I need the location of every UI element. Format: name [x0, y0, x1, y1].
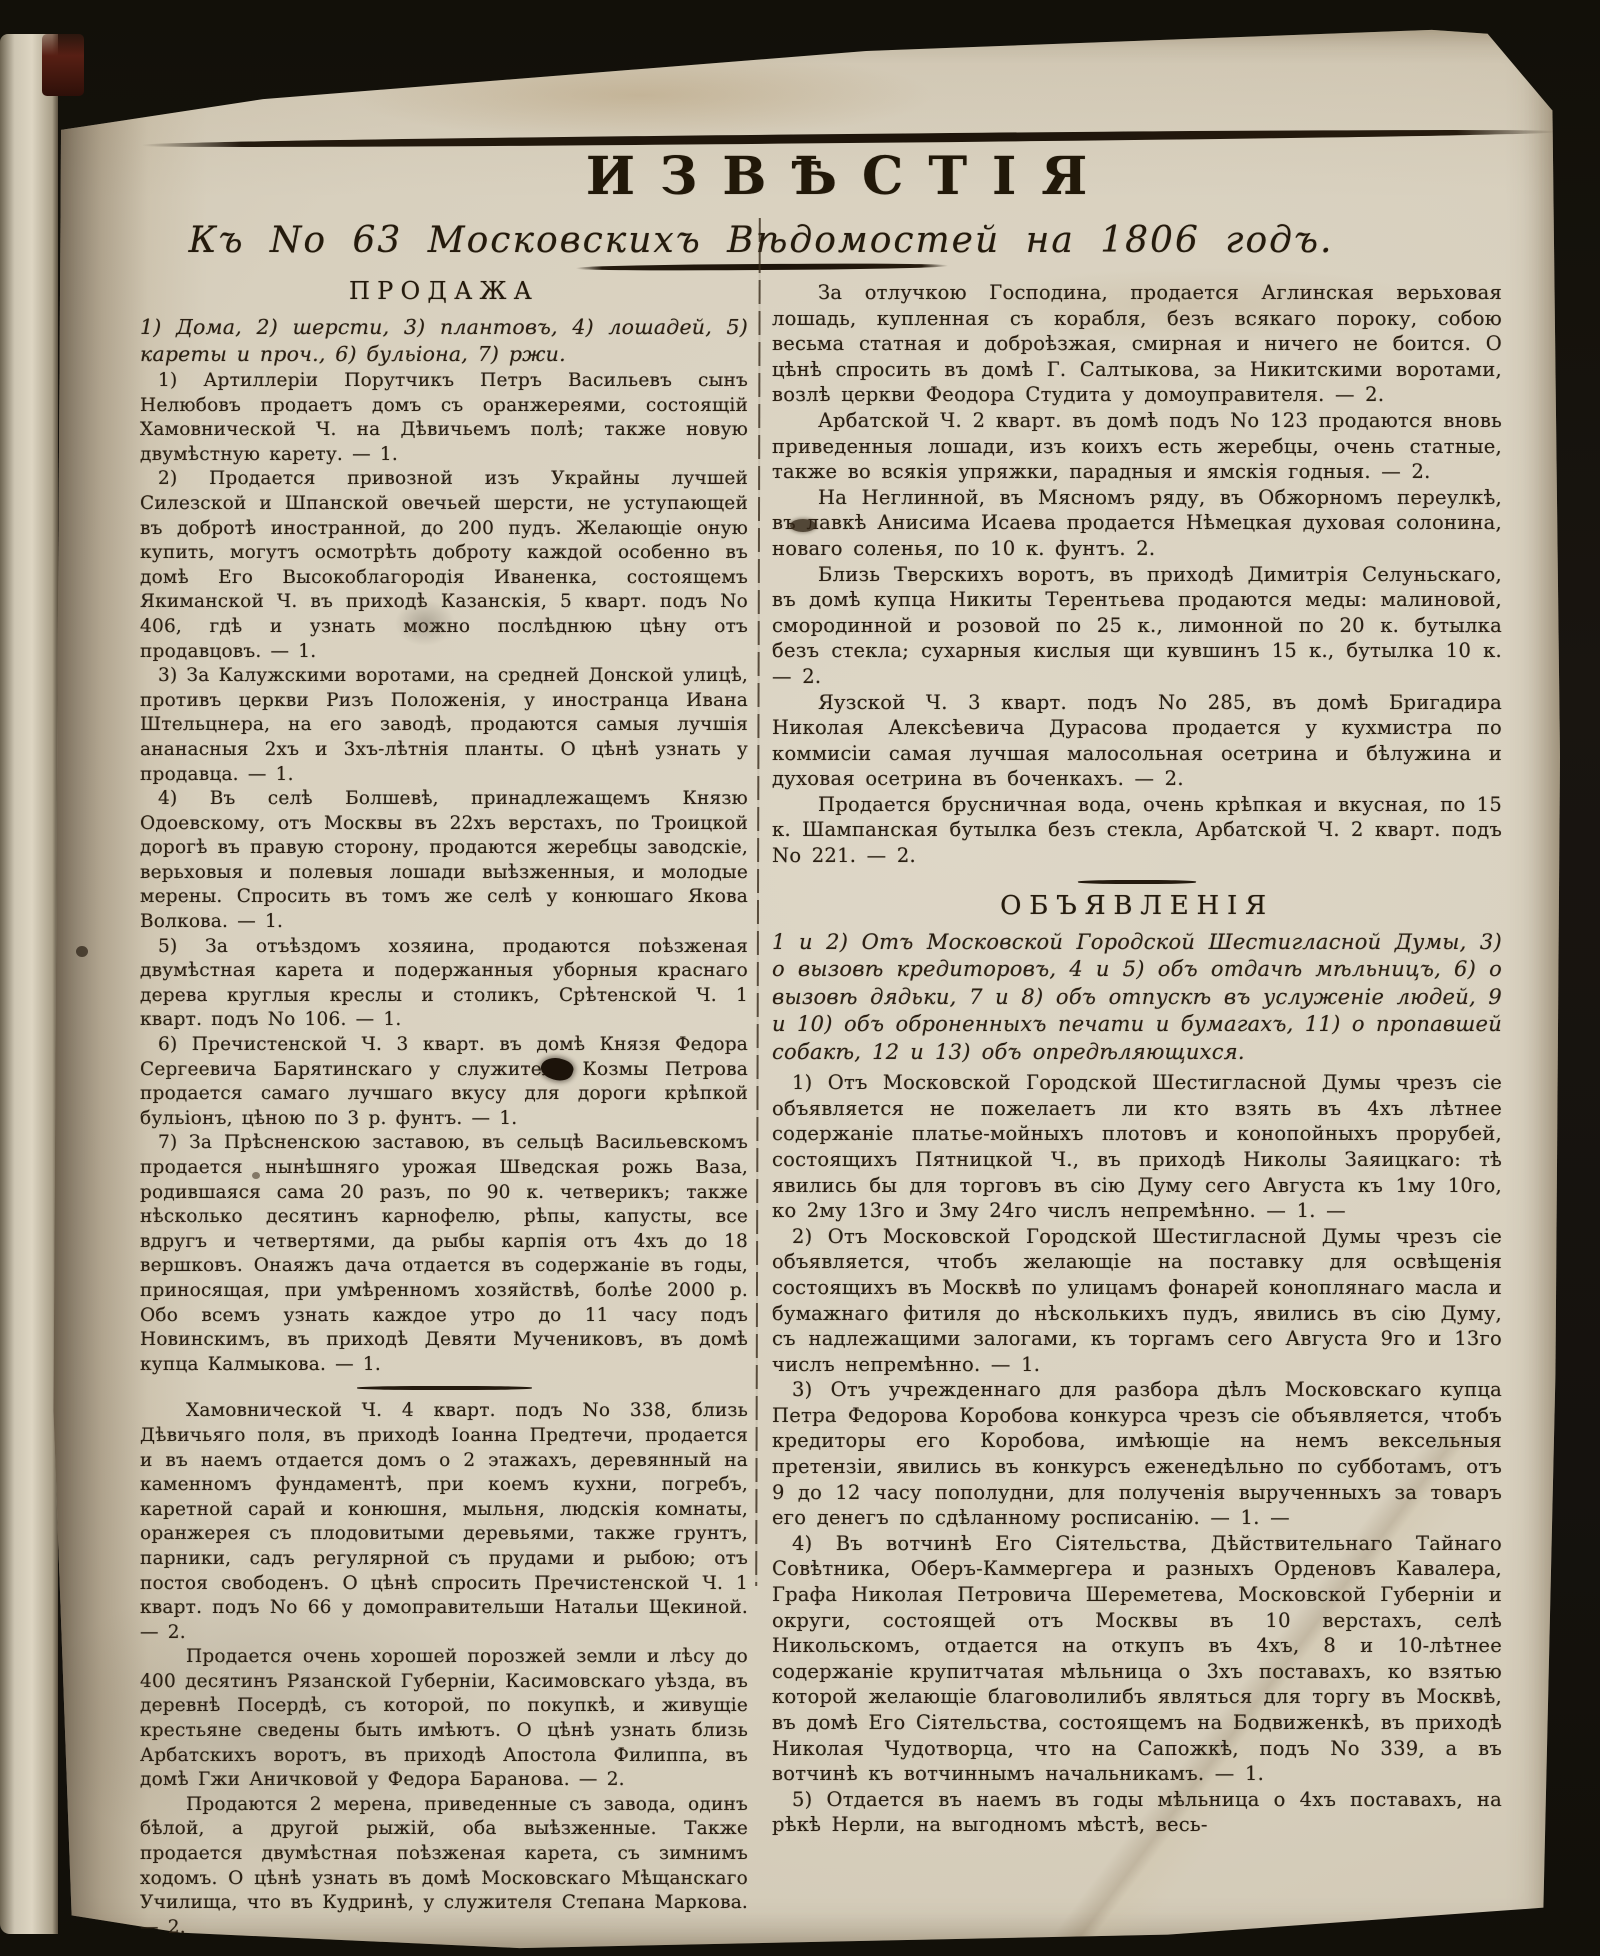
notice-salted-meat: На Неглинной, въ Мясномъ ряду, въ Обжорн… — [772, 485, 1502, 562]
section-header-sales: ПРОДАЖА — [140, 276, 748, 306]
announcement-sheremetev-mill: 4) Въ вотчинѣ Его Сіятельства, Дѣйствите… — [772, 1531, 1502, 1787]
ink-smudge — [790, 519, 816, 532]
announcement-duma-rafts: 1) Отъ Московской Городской Шестигласной… — [772, 1070, 1502, 1224]
page-content: ИЗВѢСТІЯ Къ No 63 Московскихъ Вѣдомостей… — [0, 0, 1600, 1956]
sale-item-pineapple-plants: 3) За Калужскими воротами, на средней До… — [140, 664, 748, 787]
sale-item-horses-bolshevo: 4) Въ селѣ Болшевѣ, принадлежащемъ Князю… — [140, 787, 748, 935]
photo-background: ИЗВѢСТІЯ Къ No 63 Московскихъ Вѣдомостей… — [0, 0, 1600, 1956]
column-divider-rule — [755, 218, 761, 1586]
column2-section-rule — [1078, 880, 1196, 884]
notice-sturgeon: Яузской Ч. 3 кварт. подъ No 285, въ домѣ… — [772, 690, 1502, 792]
paper-smudge — [395, 600, 455, 646]
masthead-subtitle: Къ No 63 Московскихъ Вѣдомостей на 1806 … — [138, 220, 1384, 261]
sale-item-rye: 7) За Прѣсненскою заставою, въ сельцѣ Ва… — [140, 1131, 748, 1377]
sales-index: 1) Дома, 2) шерсти, 3) плантовъ, 4) лоша… — [140, 314, 748, 367]
section-header-announcements: ОБЪЯВЛЕНІЯ — [772, 891, 1502, 921]
column-left: ПРОДАЖА 1) Дома, 2) шерсти, 3) плантовъ,… — [140, 276, 748, 1940]
notice-english-horse: За отлучкою Господина, продается Аглинск… — [772, 280, 1502, 408]
masthead-title: ИЗВѢСТІЯ — [142, 146, 1556, 207]
announcement-korobov-creditors: 3) Отъ учрежденнаго для разбора дѣлъ Мос… — [772, 1377, 1502, 1531]
announcement-nerl-mill: 5) Отдается въ наемъ въ годы мѣльница о … — [772, 1787, 1502, 1838]
notice-land-ryazan: Продается очень хорошей порозжей земли и… — [140, 1645, 748, 1793]
notice-house-khamovniki: Хамовнической Ч. 4 кварт. подъ No 338, б… — [140, 1399, 748, 1645]
notice-lingonberry-water: Продается брусничная вода, очень крѣпкая… — [772, 792, 1502, 869]
announcement-duma-lamps: 2) Отъ Московской Городской Шестигласной… — [772, 1224, 1502, 1378]
masthead-sub-rule — [576, 263, 948, 272]
paper-speck — [76, 946, 88, 957]
sale-item-house-nelyubov: 1) Артиллеріи Порутчикъ Петръ Васильевъ … — [140, 369, 748, 467]
notice-honey-meads: Близь Тверскихъ воротъ, въ приходѣ Димит… — [772, 562, 1502, 690]
column-right: За отлучкою Господина, продается Аглинск… — [772, 280, 1502, 1838]
notice-arbat-horses: Арбатской Ч. 2 кварт. въ домѣ подъ No 12… — [772, 408, 1502, 485]
column1-section-rule — [357, 1386, 532, 1390]
sale-item-bouillon: 6) Пречистенской Ч. 3 кварт. въ домѣ Кня… — [140, 1033, 748, 1131]
sale-item-carriage: 5) За отъѣздомъ хозяина, продаются поѣзж… — [140, 935, 748, 1033]
paper-speck-small — [252, 1172, 260, 1179]
notice-two-geldings: Продаются 2 мерена, приведенные съ завод… — [140, 1793, 748, 1941]
announcements-index: 1 и 2) Отъ Московской Городской Шестигла… — [772, 929, 1502, 1067]
